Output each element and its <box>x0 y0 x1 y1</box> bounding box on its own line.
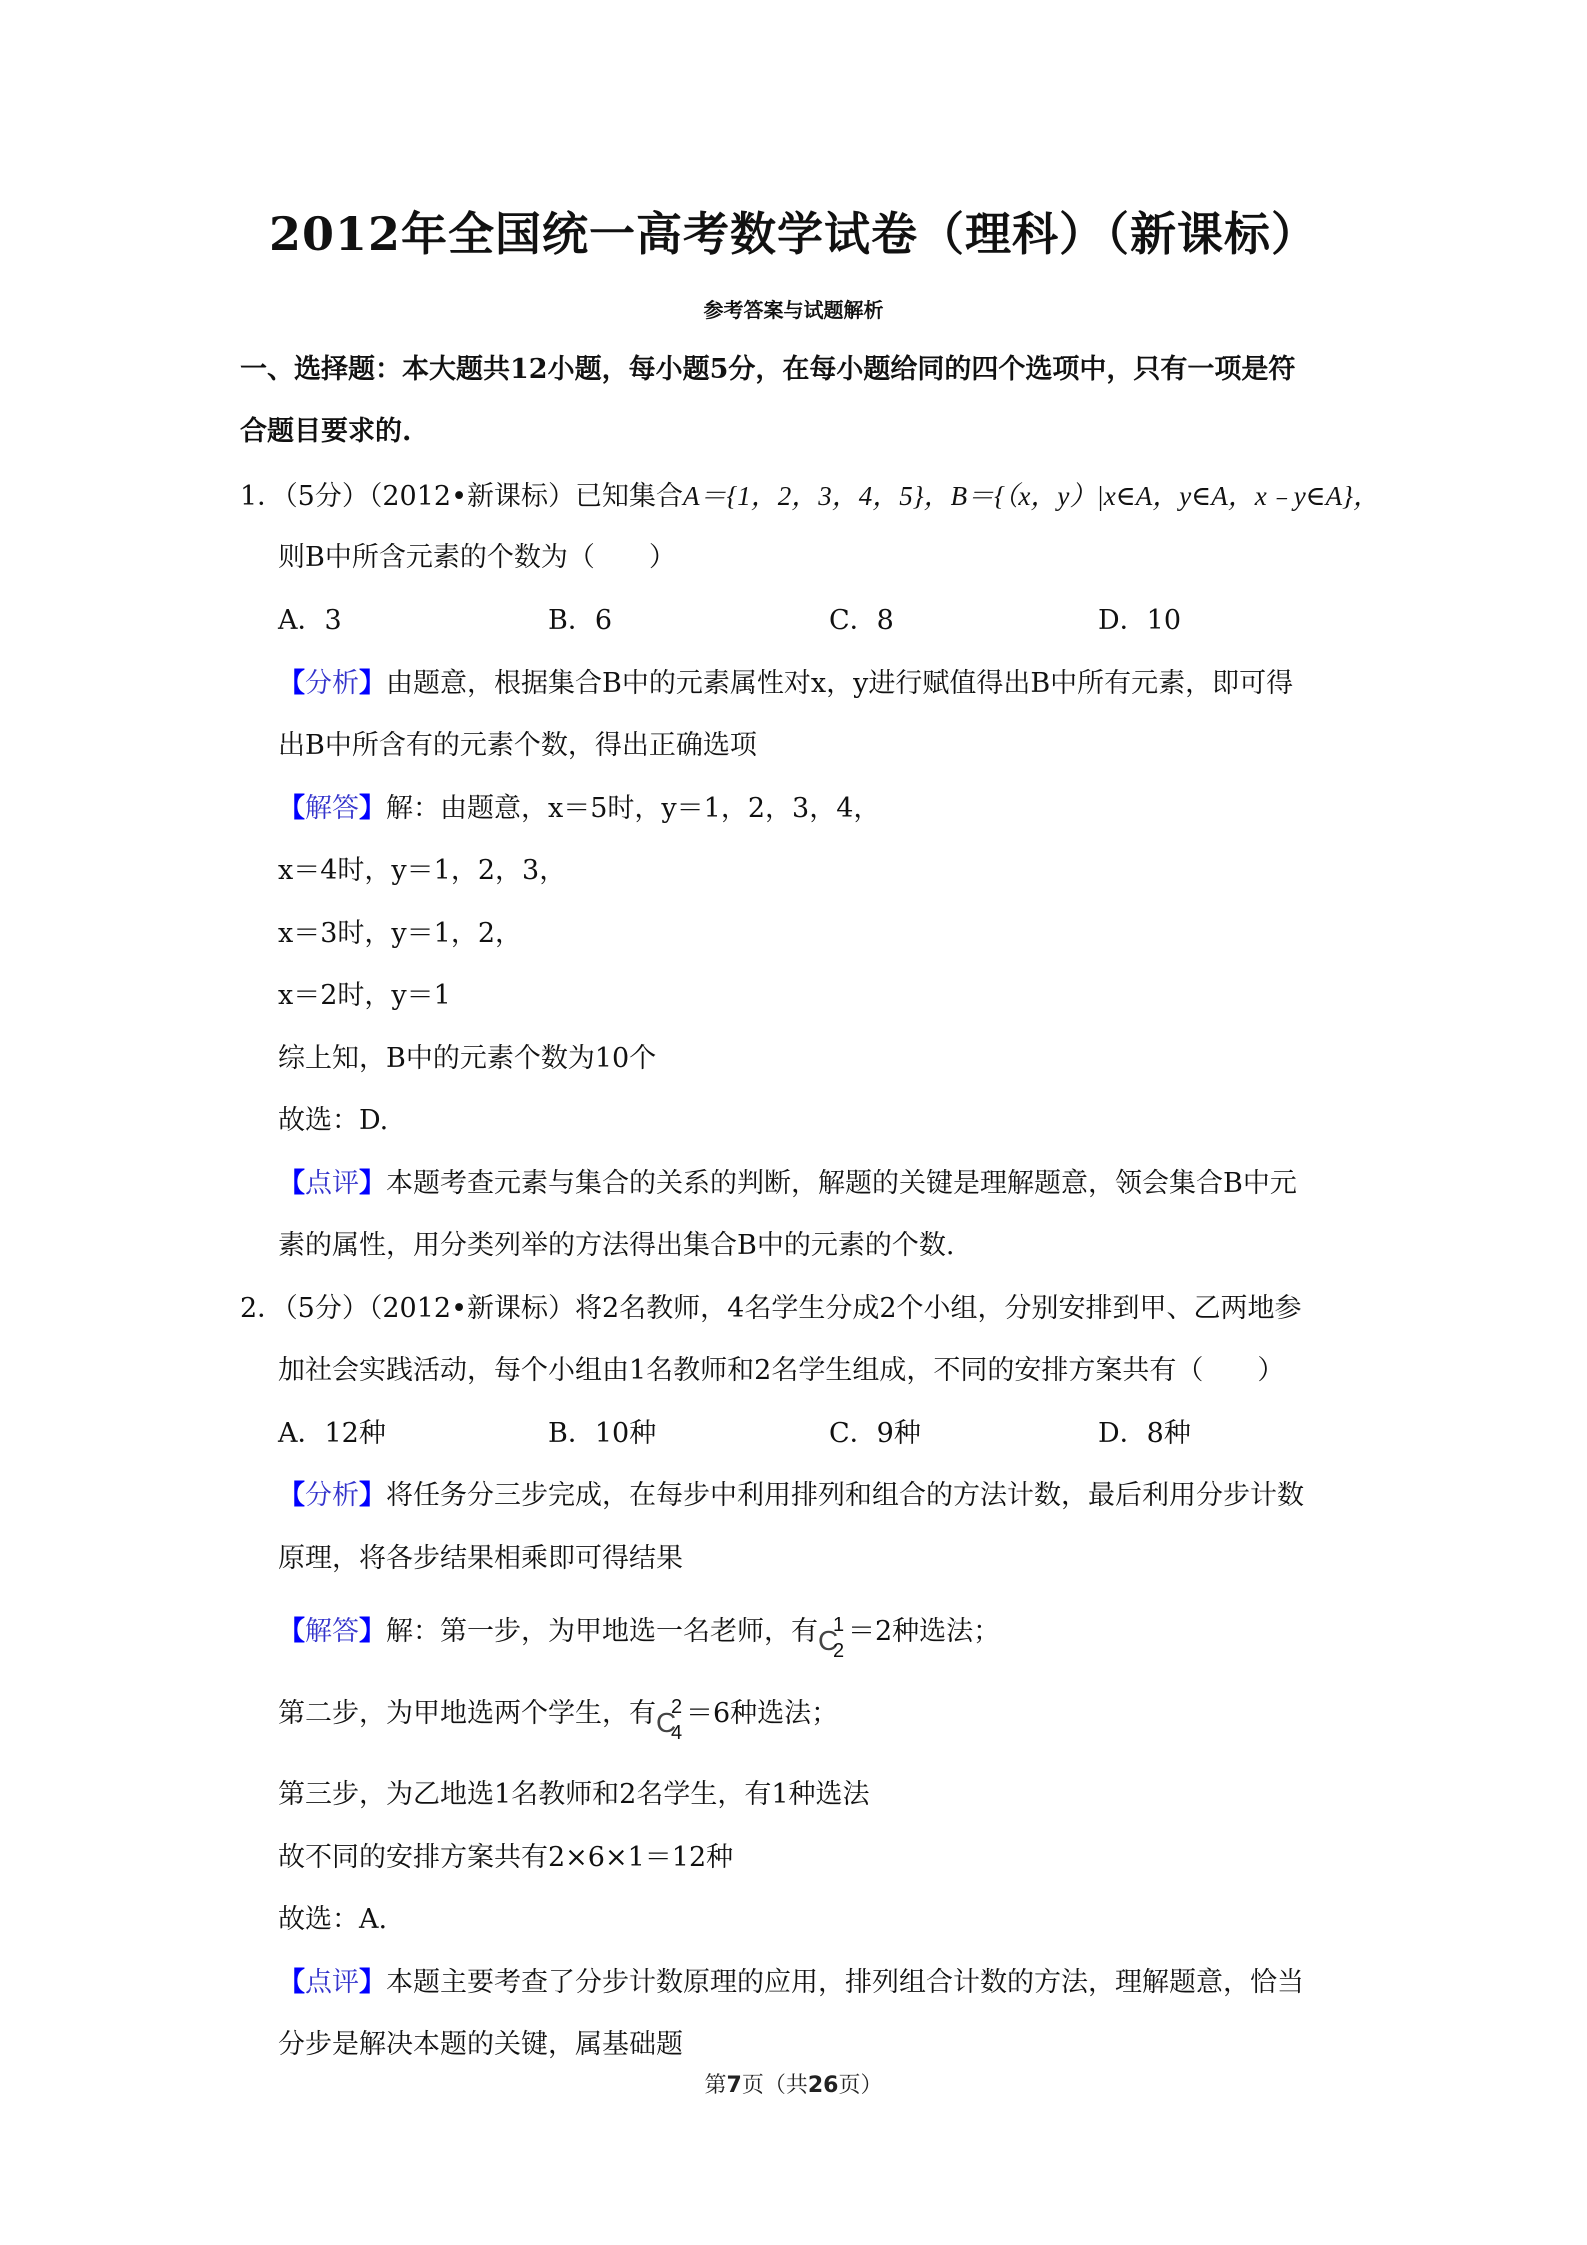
question-1-stem-line-2: 则B中所含元素的个数为（ ） <box>278 540 676 576</box>
question-2-stem-line-1: 2．（5分）（2012•新课标）将2名教师，4名学生分成2个小组，分别安排到甲、… <box>240 1291 1302 1327</box>
question-2-option-b: B．10种 <box>548 1416 656 1452</box>
question-2-solution-step-3: 第三步，为乙地选1名教师和2名学生，有1种选法 <box>278 1777 870 1813</box>
question-1-choice: 故选：D. <box>278 1103 388 1139</box>
question-1-solution-line-5: 综上知，B中的元素个数为10个 <box>278 1041 656 1077</box>
question-2-option-a: A．12种 <box>278 1416 386 1452</box>
page-title: 2012年全国统一高考数学试卷（理科）（新课标） <box>0 198 1587 264</box>
question-1-comment-line-1: 【点评】本题考查元素与集合的关系的判断，解题的关键是理解题意，领会集合B中元 <box>278 1166 1297 1202</box>
question-math: A＝{1，2，3，4，5}，B＝{（x，y）|x∈A，y∈A，x﹣y∈A}， <box>683 481 1380 511</box>
question-1-analysis-line-2: 出B中所含有的元素个数，得出正确选项 <box>278 728 757 764</box>
analysis-tag: 【分析】 <box>278 1480 386 1511</box>
page-subtitle: 参考答案与试题解析 <box>0 294 1587 323</box>
comment-tag: 【点评】 <box>278 1168 386 1199</box>
question-1-solution-line-4: x＝2时，y＝1 <box>278 978 451 1014</box>
question-1-solution-line-1: 【解答】解：由题意，x＝5时，y＝1，2，3，4， <box>278 791 880 827</box>
question-1-comment-line-2: 素的属性，用分类列举的方法得出集合B中的元素的个数. <box>278 1228 954 1264</box>
question-2-stem-line-2: 加社会实践活动，每个小组由1名教师和2名学生组成，不同的安排方案共有（ ） <box>278 1353 1284 1389</box>
question-2-solution-step-1: 【解答】解：第一步，为甲地选一名老师，有C12＝2种选法； <box>278 1614 1000 1651</box>
question-1-solution-line-2: x＝4时，y＝1，2，3， <box>278 853 566 889</box>
question-1-stem-line-1: 1．（5分）（2012•新课标）已知集合A＝{1，2，3，4，5}，B＝{（x，… <box>240 478 1380 515</box>
document-page: 2012年全国统一高考数学试卷（理科）（新课标） 参考答案与试题解析 一、选择题… <box>0 0 1587 2245</box>
solution-tag: 【解答】 <box>278 793 386 824</box>
question-1-option-b: B．6 <box>548 603 612 639</box>
total-pages-number: 26 <box>808 2073 839 2098</box>
question-1-option-a: A．3 <box>278 603 342 639</box>
analysis-tag: 【分析】 <box>278 668 386 699</box>
combination-symbol: C12 <box>818 1615 848 1651</box>
question-1-solution-line-3: x＝3时，y＝1，2， <box>278 916 522 952</box>
question-2-option-d: D．8种 <box>1098 1416 1191 1452</box>
combination-symbol: C24 <box>656 1697 686 1733</box>
section-heading-line-2: 合题目要求的. <box>240 414 411 450</box>
question-2-analysis-line-1: 【分析】将任务分三步完成，在每步中利用排列和组合的方法计数，最后利用分步计数 <box>278 1478 1304 1514</box>
question-2-solution-total: 故不同的安排方案共有2×6×1＝12种 <box>278 1840 733 1876</box>
question-number: 2． <box>240 1293 284 1324</box>
question-2-analysis-line-2: 原理，将各步结果相乘即可得结果 <box>278 1541 683 1577</box>
question-2-option-c: C．9种 <box>829 1416 921 1452</box>
question-2-comment-line-1: 【点评】本题主要考查了分步计数原理的应用，排列组合计数的方法，理解题意，恰当 <box>278 1965 1304 2001</box>
question-1-analysis-line-1: 【分析】由题意，根据集合B中的元素属性对x，y进行赋值得出B中所有元素，即可得 <box>278 666 1293 702</box>
page-footer: 第7页（共26页） <box>0 2068 1587 2099</box>
current-page-number: 7 <box>727 2073 742 2098</box>
solution-tag: 【解答】 <box>278 1616 386 1647</box>
question-1-option-c: C．8 <box>829 603 894 639</box>
question-number: 1． <box>240 481 284 512</box>
question-2-solution-step-2: 第二步，为甲地选两个学生，有C24＝6种选法； <box>278 1696 838 1733</box>
question-1-option-d: D．10 <box>1098 603 1181 639</box>
question-2-comment-line-2: 分步是解决本题的关键，属基础题 <box>278 2027 683 2063</box>
question-2-choice: 故选：A. <box>278 1902 387 1938</box>
section-heading-line-1: 一、选择题：本大题共12小题，每小题5分，在每小题给同的四个选项中，只有一项是符 <box>240 352 1295 388</box>
comment-tag: 【点评】 <box>278 1967 386 1998</box>
question-source: （5分）（2012•新课标）已知集合 <box>284 481 683 512</box>
